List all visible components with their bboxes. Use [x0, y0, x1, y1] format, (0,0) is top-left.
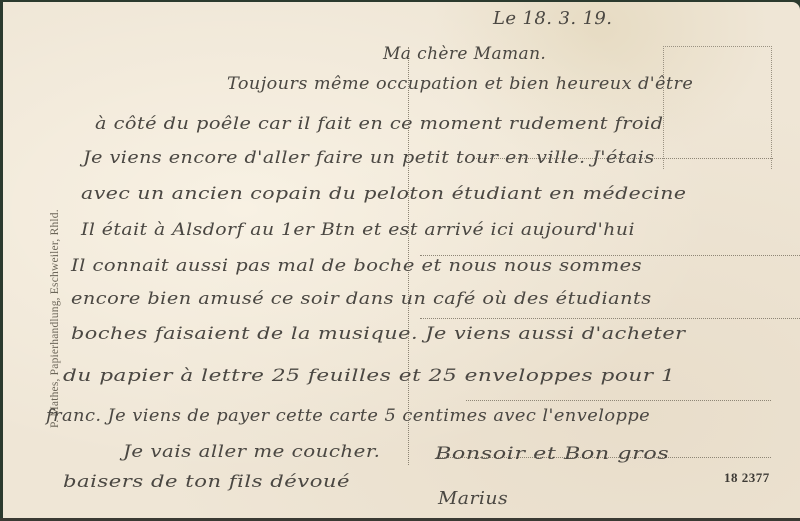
letter-line-13: baisers de ton fils dévoué: [63, 472, 350, 491]
letter-line-12: Bonsoir et Bon gros: [435, 444, 669, 463]
postcard-back: P. Mathes, Papierhandlung, Eschweiler, R…: [3, 2, 800, 519]
letter-line-11: Je vais aller me coucher.: [123, 442, 380, 461]
letter-line-8: boches faisaient de la musique. Je viens…: [71, 324, 686, 343]
handwritten-salutation: Ma chère Maman.: [383, 44, 546, 64]
address-line-4: [466, 400, 771, 401]
address-line-3: [420, 318, 800, 319]
letter-line-10: franc. Je viens de payer cette carte 5 c…: [46, 406, 650, 425]
letter-line-6: Il connait aussi pas mal de boche et nou…: [71, 256, 642, 275]
letter-line-7: encore bien amusé ce soir dans un café o…: [71, 289, 652, 308]
letter-line-2: à côté du poêle car il fait en ce moment…: [95, 114, 663, 133]
letter-line-4: avec un ancien copain du peloton étudian…: [81, 184, 687, 203]
card-number: 18 2377: [724, 470, 770, 486]
handwritten-date: Le 18. 3. 19.: [493, 8, 612, 29]
letter-line-3: Je viens encore d'aller faire un petit t…: [83, 148, 655, 167]
letter-line-5: Il était à Alsdorf au 1er Btn et est arr…: [81, 220, 635, 239]
letter-line-1: Toujours même occupation et bien heureux…: [227, 74, 693, 93]
printer-imprint: P. Mathes, Papierhandlung, Eschweiler, R…: [49, 209, 61, 428]
stamp-box: [663, 46, 772, 169]
letter-line-9: du papier à lettre 25 feuilles et 25 env…: [63, 366, 675, 385]
signature: Marius: [438, 488, 508, 509]
